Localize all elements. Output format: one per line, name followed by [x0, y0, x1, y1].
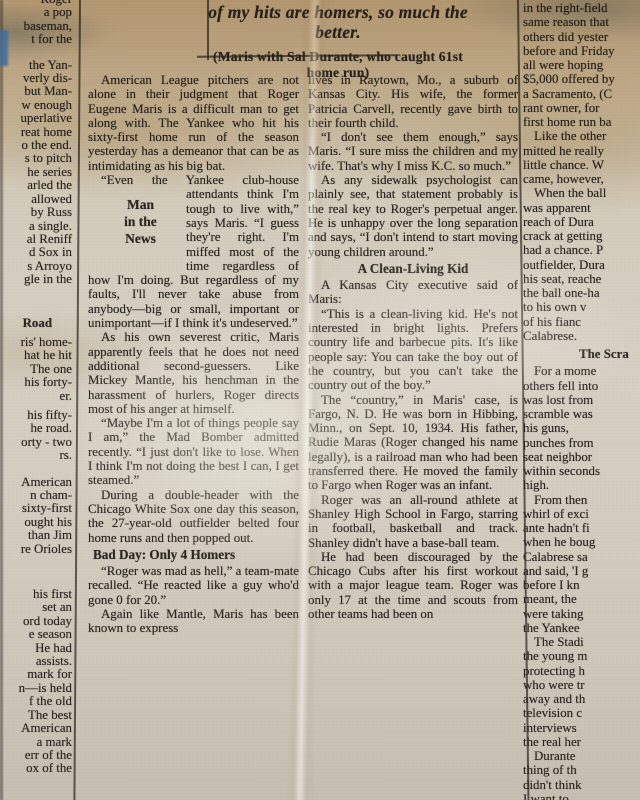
text-line: high. — [523, 478, 640, 492]
paragraph: Roger was an all-round athlete at Shanle… — [308, 493, 518, 550]
text-fragment: f the old — [0, 695, 72, 708]
text-line: didn't think — [523, 778, 640, 792]
text-line: the real her — [523, 735, 640, 749]
text-fragment: American — [0, 476, 72, 489]
text-fragment: s Arroyo — [0, 260, 72, 273]
text-fragment: ris' home- — [0, 336, 72, 349]
paragraph: “This is a clean-living kid. He's not in… — [308, 307, 518, 393]
man-in-the-news-inset: Manin theNews — [88, 187, 180, 259]
text-fragment: rs. — [0, 449, 72, 462]
text-fragment: assists. — [0, 655, 72, 668]
text-fragment: a mark — [0, 736, 72, 749]
text-fragment: his forty- — [0, 376, 72, 389]
text-line: same reason that — [523, 15, 640, 29]
text-line: the young m — [523, 649, 640, 663]
text-fragment: verly dis- — [0, 72, 72, 85]
section-heading-fragment: Road — [0, 317, 52, 330]
text-line: the ball one-ha — [523, 286, 640, 300]
text-line: Calabrese. — [523, 329, 640, 343]
text-fragment: ought his — [0, 516, 72, 529]
text-fragment: his fifty- — [0, 409, 72, 422]
text-line: I want to — [523, 792, 640, 800]
text-fragment: n cham- — [0, 489, 72, 502]
text-fragment: t for the — [0, 33, 72, 46]
text-line: the Yankee — [523, 621, 640, 635]
text-fragment: al Reniff — [0, 233, 72, 246]
text-fragment: allowed — [0, 193, 72, 206]
text-line: were taking — [523, 607, 640, 621]
text-line: thing of th — [523, 763, 640, 777]
paragraph: He had been discouraged by the Chicago C… — [308, 550, 518, 621]
text-line: and said, 'I g — [523, 564, 640, 578]
section-heading: Bad Day: Only 4 Homers — [88, 548, 299, 562]
text-line: in the right-field — [523, 1, 640, 15]
text-fragment: American — [0, 722, 72, 735]
text-fragment: reat home — [0, 126, 72, 139]
text-line: had a chance. P — [523, 243, 640, 257]
text-fragment: sixty-first — [0, 502, 72, 515]
paragraph: As his own severest critic, Maris appare… — [88, 330, 299, 416]
text-line: rant owner, for — [523, 101, 640, 115]
text-line: all were hoping — [523, 58, 640, 72]
inset-label-line: Man — [88, 196, 180, 213]
pullquote-headline: of my hits are homers, so much the bette… — [204, 2, 472, 42]
text-fragment: n—is held — [0, 682, 72, 695]
text-line: For a mome — [523, 364, 640, 378]
text-line: others fell into — [523, 379, 640, 393]
text-line: Calabrese sa — [523, 550, 640, 564]
text-fragment: a pop — [0, 6, 72, 19]
text-line: protecting h — [523, 664, 640, 678]
text-line: to his own v — [523, 300, 640, 314]
text-fragment: ox of the — [0, 762, 72, 775]
text-fragment: d Sox in — [0, 246, 72, 259]
paragraph: During a double-header with the Chicago … — [88, 488, 299, 545]
text-line: scramble was — [523, 407, 640, 421]
text-fragment: than Jim — [0, 529, 72, 542]
paragraph: “I don't see them enough,” says Maris. “… — [308, 130, 518, 173]
article-column-3-cut: in the right-fieldsame reason thatothers… — [523, 1, 640, 800]
paragraph: lives in Raytown, Mo., a suburb of Kansa… — [308, 73, 518, 130]
text-line: Durante — [523, 749, 640, 763]
paragraph: “Roger was mad as hell,” a team-mate rec… — [88, 564, 299, 607]
text-line: The Stadi — [523, 635, 640, 649]
text-line: first home run ba — [523, 115, 640, 129]
text-line: came, however, — [523, 172, 640, 186]
text-line: when he boug — [523, 535, 640, 549]
text-line: within seconds — [523, 464, 640, 478]
text-line: away and th — [523, 692, 640, 706]
text-fragment: He had — [0, 642, 72, 655]
left-column-fragments: Rogera popbaseman,t for thethe Yan-verly… — [0, 0, 77, 800]
text-line: crack at getting — [523, 229, 640, 243]
text-line: ante hadn't fi — [523, 521, 640, 535]
newspaper-page: of my hits are homers, so much the bette… — [0, 0, 640, 800]
text-line: Like the other — [523, 129, 640, 143]
text-fragment: o the end. — [0, 139, 72, 152]
paragraph: A Kansas City executive said of Maris: — [308, 278, 518, 307]
text-fragment: mark for — [0, 668, 72, 681]
text-fragment: re Orioles — [0, 543, 72, 556]
inset-label-line: News — [88, 230, 180, 247]
text-line: others did yester — [523, 30, 640, 44]
text-line: When the ball — [523, 186, 640, 200]
text-line: mitted he really — [523, 144, 640, 158]
text-fragment: e season — [0, 628, 72, 641]
text-line: $5,000 offered by — [523, 72, 640, 86]
pullquote-box: of my hits are homers, so much the bette… — [204, 2, 472, 81]
text-line: before I kn — [523, 578, 640, 592]
section-heading: A Clean-Living Kid — [308, 262, 518, 276]
text-fragment: the Yan- — [0, 59, 72, 72]
text-fragment: er. — [0, 390, 72, 403]
text-fragment: ord today — [0, 615, 72, 628]
text-fragment: he series — [0, 166, 72, 179]
text-line: outfielder, Dura — [523, 258, 640, 272]
paragraph: “Even the Yankee club-Manin theNewshouse… — [88, 173, 299, 330]
text-fragment: but Man- — [0, 85, 72, 98]
paragraph: Again like Mantle, Maris has been known … — [88, 607, 299, 636]
text-line: seat neighbor — [523, 450, 640, 464]
text-line: reach of Dura — [523, 215, 640, 229]
text-line: his seat, reache — [523, 272, 640, 286]
text-fragment: he road. — [0, 422, 72, 435]
text-fragment: The one — [0, 363, 72, 376]
inset-label-line: in the — [88, 213, 180, 230]
text-fragment: baseman, — [0, 20, 72, 33]
text-fragment: orty - two — [0, 436, 72, 449]
text-fragment: set an — [0, 601, 72, 614]
section-heading: The Scra — [579, 347, 640, 361]
text-fragment: arled the — [0, 179, 72, 192]
text-fragment: his first — [0, 588, 72, 601]
text-fragment: a single. — [0, 220, 72, 233]
text-line: who were tr — [523, 678, 640, 692]
text-line: punches from — [523, 436, 640, 450]
text-fragment: hat he hit — [0, 349, 72, 362]
text-line: his guns, — [523, 421, 640, 435]
article-column-2: lives in Raytown, Mo., a suburb of Kansa… — [308, 73, 518, 800]
text-line: interviews — [523, 721, 640, 735]
article-column-1: American League pitchers are not alone i… — [88, 73, 299, 800]
text-line: meant, the — [523, 592, 640, 606]
text-fragment: by Russ — [0, 206, 72, 219]
text-line: television c — [523, 706, 640, 720]
text-fragment: s to pitch — [0, 152, 72, 165]
text-line: was apparent — [523, 201, 640, 215]
paragraph: “Maybe I'm a lot of things people say I … — [88, 416, 299, 487]
text-line: little chance. W — [523, 158, 640, 172]
paragraph: As any sidewalk psychologist can plainly… — [308, 173, 518, 259]
paragraph: American League pitchers are not alone i… — [88, 73, 299, 173]
text-fragment: w enough — [0, 99, 72, 112]
text-line: of his fianc — [523, 315, 640, 329]
text-line: whirl of exci — [523, 507, 640, 521]
text-fragment: gle in the — [0, 273, 72, 286]
text-line: a Sacramento, (C — [523, 87, 640, 101]
text-fragment: uperlative — [0, 112, 72, 125]
text-line: before and Friday — [523, 44, 640, 58]
text-fragment: err of the — [0, 749, 72, 762]
text-fragment: The best — [0, 709, 72, 722]
text-line: From then — [523, 493, 640, 507]
text-line: was lost from — [523, 393, 640, 407]
paragraph: The “country,” in Maris' case, is Fargo,… — [308, 393, 518, 493]
